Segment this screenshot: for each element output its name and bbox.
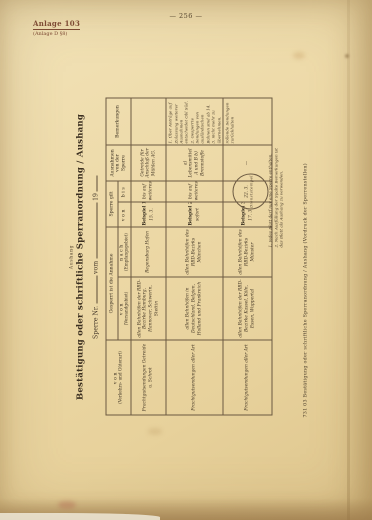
table-row: Frachtgutsendungen Getreide u. Schrot al… bbox=[131, 98, 166, 415]
cell-ausnahmen: Getreide für Anschluß der Mühlen AG. bbox=[131, 145, 166, 181]
form-title: Bestätigung oder schriftliche Sperranord… bbox=[76, 95, 86, 420]
cell-versand: allen Bahnhöfen in Deutschland, Belgien,… bbox=[166, 277, 223, 340]
cell-gueterart: Frachtgutsendungen aller Art bbox=[223, 340, 272, 415]
cell-von: Beispiel 1 15. 3. bbox=[131, 202, 166, 227]
paper-stain bbox=[148, 428, 162, 435]
paper-stain bbox=[293, 52, 305, 59]
cell-empfang: Regensburg Hafen bbox=[131, 227, 166, 277]
header-versand-sub: (Versandgebiet) bbox=[125, 279, 130, 339]
cell-empfang: allen Bahnhöfen des RBD-Bezirks Münster bbox=[223, 227, 272, 277]
cell-bemerkungen bbox=[131, 98, 166, 145]
page-number: — 256 — bbox=[0, 12, 372, 20]
blank-datum bbox=[92, 203, 98, 259]
header-bemerkungen: Bemerkungen bbox=[106, 98, 131, 145]
header-versandgebiet: von (Versandgebiet) bbox=[118, 277, 131, 340]
page-crease bbox=[347, 0, 350, 520]
cell-versand: allen Bahnhöfen der RBD-Bezirke Kassel, … bbox=[223, 277, 272, 340]
header-group-sperre-gilt: Sperre gilt bbox=[106, 181, 118, 227]
stamp-label: Dienststempel bbox=[248, 175, 253, 208]
cell-bemerkungen: 1. Über Anträge auf Zulassung weiterer A… bbox=[166, 98, 223, 145]
header-von: von bbox=[118, 202, 131, 227]
von-value: 15. 3. bbox=[149, 204, 155, 226]
von-value: sofort bbox=[195, 204, 201, 226]
header-empfang-sub: (Empfangsgebiet) bbox=[125, 229, 130, 276]
year-label: 19 bbox=[93, 193, 100, 201]
form-caption: 731 03 Bestätigung oder schriftliche Spe… bbox=[304, 163, 309, 417]
table-row: Frachtgutsendungen aller Art allen Bahnh… bbox=[166, 98, 223, 415]
table-row: Frachtgutsendungen aller Art allen Bahnh… bbox=[223, 98, 272, 415]
blank-sperre-nr bbox=[92, 276, 98, 304]
header-gueterart-sub: (Verkehrs- und Güterart) bbox=[119, 342, 124, 414]
header-von-label: von bbox=[122, 204, 127, 226]
header-ausnahmen: Ausnahmen von der Sperre bbox=[106, 145, 131, 181]
annex-sub-label: (Anlage D §8) bbox=[33, 31, 80, 37]
scanned-page: Anlage 103 (Anlage D §8) — 256 — Aushang… bbox=[0, 0, 372, 520]
cell-versand: allen Bahnhöfen der RBD-Bezirke Hamburg,… bbox=[131, 277, 166, 340]
paper-speck bbox=[345, 54, 349, 58]
cell-bemerkungen: rollende Sendungen zurückhalten bbox=[223, 98, 272, 145]
cell-gueterart: Frachtgutsendungen aller Art bbox=[166, 340, 223, 415]
cell-bis: bis auf weiteres bbox=[166, 181, 223, 202]
rotated-form-sheet: Aushang Bestätigung oder schriftliche Sp… bbox=[70, 95, 320, 420]
header-bis: bis bbox=[118, 181, 131, 202]
header-bis-label: bis bbox=[122, 182, 127, 200]
cell-ausnahmen: a) Lebensmittel A und B b) Brennstoffe bbox=[166, 145, 223, 181]
cell-bis: bis auf weiteres bbox=[131, 181, 166, 202]
beispiel-label: Beispiel 1 bbox=[142, 204, 148, 226]
stamp-circle: Dienststempel bbox=[233, 174, 269, 210]
underlying-page-sliver bbox=[0, 513, 160, 520]
cell-empfang: allen Bahnhöfen des RBD-Bezirks München bbox=[166, 227, 223, 277]
form-overline: Aushang bbox=[70, 95, 75, 420]
paper-stain bbox=[58, 501, 76, 509]
sperre-nr-label: Sperre Nr. bbox=[93, 306, 100, 339]
header-empfangsgebiet: nach (Empfangsgebiet) bbox=[118, 227, 131, 277]
cell-von: Beispiel 2 sofort bbox=[166, 202, 223, 227]
blank-jahr bbox=[92, 175, 98, 191]
cell-gueterart: Frachtgutsendungen Getreide u. Schrot bbox=[131, 340, 166, 415]
form-subtitle: Sperre Nr. vom 19 bbox=[92, 95, 100, 420]
form-footnotes: 1. Jedes Blatt darf nur eine Sperre enth… bbox=[268, 146, 285, 248]
sperranordnung-table: von (Verkehrs- und Güterart) Gesperrt is… bbox=[106, 97, 273, 415]
footnote: 1. Jedes Blatt darf nur eine Sperre enth… bbox=[268, 146, 274, 248]
header-group-annahme: Gesperrt ist die Annahme bbox=[106, 227, 118, 340]
header-gueterart: von (Verkehrs- und Güterart) bbox=[106, 340, 131, 415]
beispiel-label: Beispiel 2 bbox=[188, 204, 194, 226]
annex-label: Anlage 103 bbox=[33, 20, 80, 30]
vom-label: vom bbox=[93, 261, 100, 274]
footnote: 2. Nach Ausfüllung der Spalte Bemerkunge… bbox=[273, 146, 284, 248]
